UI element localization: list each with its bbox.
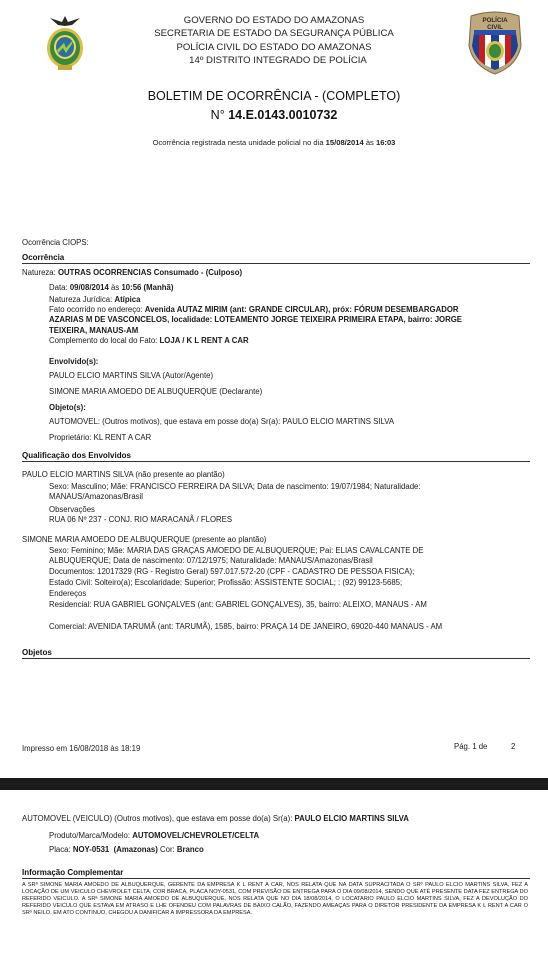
- ciops-label: Ocorrência CIOPS:: [22, 238, 89, 248]
- objetos-title: Objeto(s):: [49, 403, 86, 413]
- data-value: 09/08/2014: [70, 283, 109, 292]
- section-informacao-complementar: Informação Complementar: [22, 868, 530, 879]
- placa-state: (Amazonas): [114, 845, 158, 854]
- informacao-complementar-text: A SRª SIMONE MARIA AMOEDO DE ALBUQUERQUE…: [22, 882, 528, 917]
- endereco-label: Fato ocorrido no endereço:: [49, 305, 143, 314]
- header-secretaria: SECRETARIA DE ESTADO DA SEGURANÇA PÚBLIC…: [0, 28, 548, 40]
- vehicle-prefix: AUTOMOVEL (VEICULO) (Outros motivos), qu…: [22, 814, 292, 823]
- complemento-label: Complemento do local do Fato:: [49, 336, 157, 345]
- registration-at: às: [366, 138, 374, 147]
- document-number: N° 14.E.0143.0010732: [0, 108, 548, 122]
- placa-value: NOY-0531: [73, 845, 109, 854]
- envolvidos-title-text: Envolvido(s):: [49, 357, 98, 366]
- person-2-comercial: Comercial: AVENIDA TARUMÃ (ant: TARUMÃ),…: [49, 622, 469, 632]
- person-2-details: Sexo: Feminino; Mãe: MARIA DAS GRAÇAS AM…: [49, 546, 479, 567]
- registration-line: Ocorrência registrada nesta unidade poli…: [0, 138, 548, 147]
- registration-text: Ocorrência registrada nesta unidade poli…: [153, 138, 324, 147]
- proprietario-item: Proprietário: KL RENT A CAR: [49, 433, 151, 443]
- endereco-block: Fato ocorrido no endereço: Avenida AUTAZ…: [49, 305, 491, 336]
- page-label: Pág. 1 de: [454, 742, 487, 751]
- page-total: 2: [511, 742, 515, 751]
- printed-date: Impresso em 16/08/2018 às 18:19: [22, 744, 140, 753]
- data-label: Data:: [49, 283, 68, 292]
- cor-label: Cor:: [160, 845, 175, 854]
- registration-date: 15/08/2014: [326, 138, 364, 147]
- complemento-line: Complemento do local do Fato: LOJA / K L…: [49, 336, 249, 346]
- envolvido-item: PAULO ELCIO MARTINS SILVA (Autor/Agente): [49, 371, 213, 381]
- complemento-value: LOJA / K L RENT A CAR: [160, 336, 249, 345]
- person-1-obs-label: Observações: [49, 505, 95, 515]
- envolvidos-title: Envolvido(s):: [49, 357, 98, 367]
- document-page-1: POLÍCIA CIVIL GOVERNO DO ESTADO DO AMAZO…: [0, 0, 548, 778]
- vehicle-line: AUTOMOVEL (VEICULO) (Outros motivos), qu…: [22, 814, 409, 824]
- natureza-label: Natureza:: [22, 268, 56, 277]
- modelo-line: Produto/Marca/Modelo: AUTOMOVEL/CHEVROLE…: [49, 831, 259, 841]
- section-objetos: Objetos: [22, 648, 530, 659]
- modelo-value: AUTOMOVEL/CHEVROLET/CELTA: [132, 831, 259, 840]
- modelo-label: Produto/Marca/Modelo:: [49, 831, 130, 840]
- person-2-residencial: Residencial: RUA GABRIEL GONÇALVES (ant:…: [49, 600, 469, 610]
- natureza-value: OUTRAS OCORRENCIAS Consumado - (Culposo): [58, 268, 242, 277]
- person-1-name: PAULO ELCIO MARTINS SILVA (não presente …: [22, 470, 225, 480]
- registration-time: 16:03: [376, 138, 395, 147]
- document-title: BOLETIM DE OCORRÊNCIA - (COMPLETO): [0, 89, 548, 103]
- data-at: às: [111, 283, 119, 292]
- data-line: Data: 09/08/2014 às 10:56 (Manhã): [49, 283, 173, 293]
- person-1-details: Sexo: Masculino; Mãe: FRANCISCO FERREIRA…: [49, 482, 489, 503]
- juridica-label: Natureza Jurídica:: [49, 295, 112, 304]
- objetos-title-text: Objeto(s):: [49, 403, 86, 412]
- person-1-obs: RUA 06 Nº 237 - CONJ. RIO MARACANÃ / FLO…: [49, 515, 232, 525]
- header-government: GOVERNO DO ESTADO DO AMAZONAS: [0, 15, 548, 27]
- person-2-civil: Estado Civil: Solteiro(a); Escolaridade:…: [49, 578, 402, 588]
- header-distrito: 14º DISTRITO INTEGRADO DE POLÍCIA: [0, 55, 548, 67]
- placa-line: Placa: NOY-0531 (Amazonas) Cor: Branco: [49, 845, 204, 855]
- person-2-name: SIMONE MARIA AMOEDO DE ALBUQUERQUE (pres…: [22, 535, 266, 545]
- juridica-value: Atípica: [114, 295, 140, 304]
- vehicle-owner: PAULO ELCIO MARTINS SILVA: [295, 814, 409, 823]
- data-time: 10:56 (Manhã): [121, 283, 173, 292]
- placa-label: Placa:: [49, 845, 71, 854]
- person-2-addr-label: Endereços: [49, 589, 86, 599]
- section-qualificacao: Qualificação dos Envolvidos: [22, 451, 530, 462]
- number-prefix: N°: [211, 108, 225, 122]
- natureza-juridica-line: Natureza Jurídica: Atípica: [49, 295, 140, 305]
- envolvido-item: SIMONE MARIA AMOEDO DE ALBUQUERQUE (Decl…: [49, 387, 262, 397]
- natureza-line: Natureza: OUTRAS OCORRENCIAS Consumado -…: [22, 268, 242, 278]
- page-separator: [0, 778, 548, 790]
- header-policia-civil: POLÍCIA CIVIL DO ESTADO DO AMAZONAS: [0, 42, 548, 54]
- cor-value: Branco: [177, 845, 204, 854]
- objeto-item: AUTOMOVEL: (Outros motivos), que estava …: [49, 417, 394, 427]
- number-value: 14.E.0143.0010732: [228, 108, 337, 122]
- person-2-docs: Documentos: 12017329 (RG - Registro Gera…: [49, 567, 414, 577]
- section-ocorrencia: Ocorrência: [22, 253, 530, 264]
